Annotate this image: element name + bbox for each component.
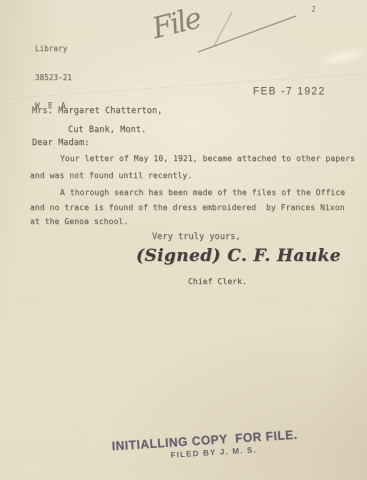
recipient-name: Mrs. Margaret Chatterton,	[32, 106, 162, 116]
reference-line-library: Library	[35, 44, 72, 54]
recipient-address: Cut Bank, Mont.	[68, 125, 146, 135]
handwritten-file-note: File	[149, 1, 204, 46]
closing: Very truly yours,	[152, 232, 241, 242]
letter-page: 2 Library 38523-21 W E A File FEB -7 192…	[0, 0, 367, 480]
signer-title: Chief Clerk.	[188, 277, 247, 286]
salutation: Dear Madam:	[32, 138, 89, 148]
body-line: and was not found until recently.	[30, 171, 192, 180]
body-line: A thorough search has been made of the f…	[60, 188, 345, 197]
paper-crease	[0, 462, 160, 476]
body-line: at the Genoa school.	[30, 217, 128, 226]
paper-crease	[0, 296, 367, 306]
body-line: and no trace is found of the dress embro…	[30, 203, 345, 212]
reference-line-number: 38523-21	[35, 73, 72, 83]
filing-stamp: INITIALLING COPY FOR FILE. FILED BY J. M…	[111, 425, 348, 464]
paper-crease	[74, 427, 116, 480]
eraser-smudge	[313, 42, 367, 71]
page-number: 2	[311, 5, 316, 14]
date-stamp: FEB -7 1922	[253, 85, 326, 97]
body-line: Your letter of May 10, 1921, became atta…	[60, 154, 355, 163]
signature-stamp: (Signed) C. F. Hauke	[136, 246, 341, 266]
paper-crease	[250, 414, 367, 428]
